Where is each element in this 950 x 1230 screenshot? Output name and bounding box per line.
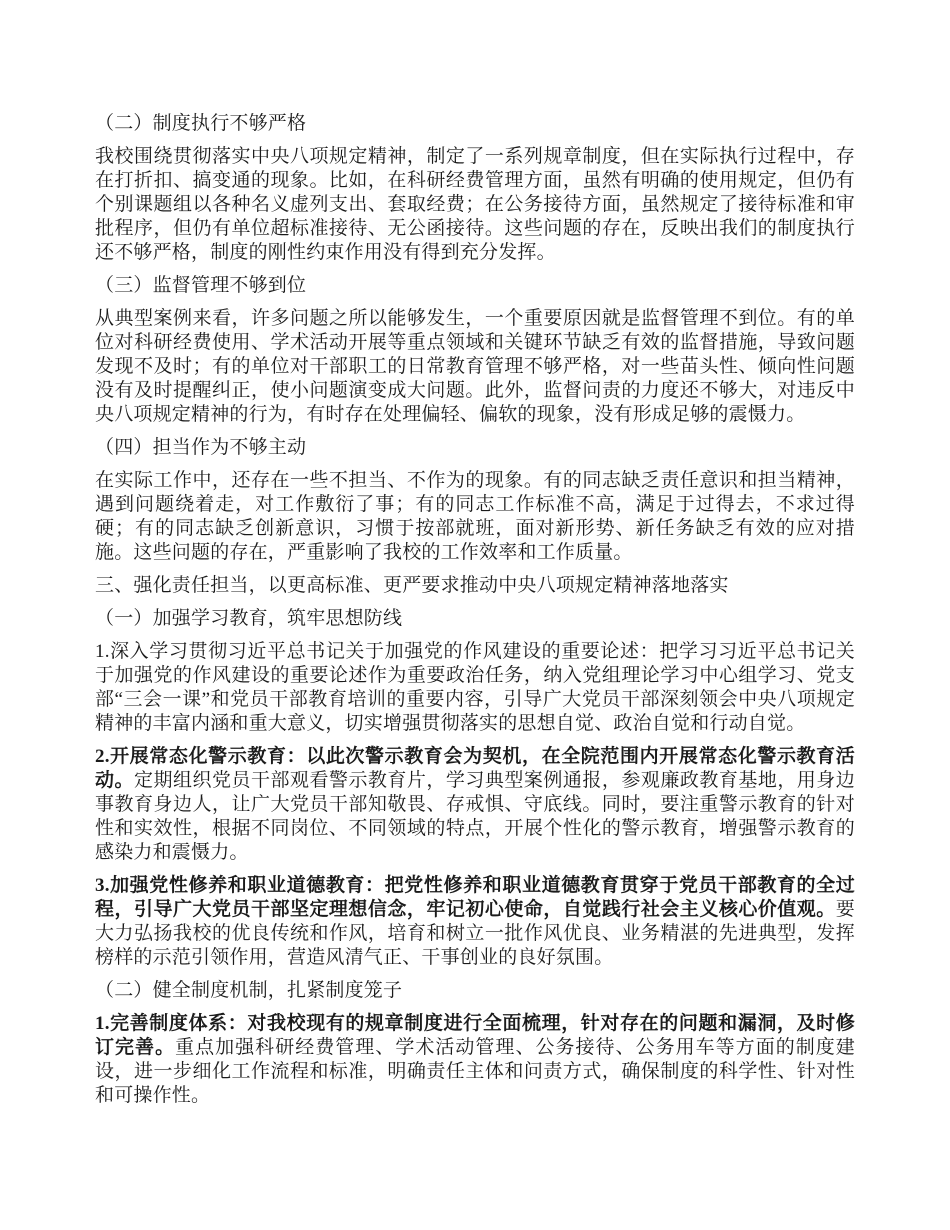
section-heading: （二）健全制度机制，扎紧制度笼子 bbox=[95, 979, 855, 1003]
document-page: （二）制度执行不够严格我校围绕贯彻落实中央八项规定精神，制定了一系列规章制度，但… bbox=[0, 0, 950, 1230]
paragraph: 从典型案例来看，许多问题之所以能够发生，一个重要原因就是监督管理不到位。有的单位… bbox=[95, 307, 855, 427]
section-heading: 三、强化责任担当，以更高标准、更严要求推动中央八项规定精神落地落实 bbox=[95, 574, 855, 598]
section-heading: （一）加强学习教育，筑牢思想防线 bbox=[95, 607, 855, 631]
section-heading: （三）监督管理不够到位 bbox=[95, 274, 855, 298]
document-content: （二）制度执行不够严格我校围绕贯彻落实中央八项规定精神，制定了一系列规章制度，但… bbox=[95, 112, 855, 1108]
paragraph: 2.开展常态化警示教育：以此次警示教育会为契机，在全院范围内开展常态化警示教育活… bbox=[95, 745, 855, 865]
paragraph-body-text: 重点加强科研经费管理、学术活动管理、公务接待、公务用车等方面的制度建设，进一步细… bbox=[95, 1037, 855, 1106]
paragraph-body-text: 定期组织党员干部观看警示教育片，学习典型案例通报，参观廉政教育基地，用身边事教育… bbox=[95, 770, 855, 863]
paragraph: 1.完善制度体系：对我校现有的规章制度进行全面梳理，针对存在的问题和漏洞，及时修… bbox=[95, 1012, 855, 1108]
paragraph: 1.深入学习贯彻习近平总书记关于加强党的作风建设的重要论述：把学习习近平总书记关… bbox=[95, 640, 855, 736]
section-heading: （四）担当作为不够主动 bbox=[95, 436, 855, 460]
section-heading: （二）制度执行不够严格 bbox=[95, 112, 855, 136]
paragraph: 3.加强党性修养和职业道德教育：把党性修养和职业道德教育贯穿于党员干部教育的全过… bbox=[95, 874, 855, 970]
paragraph: 在实际工作中，还存在一些不担当、不作为的现象。有的同志缺乏责任意识和担当精神，遇… bbox=[95, 469, 855, 565]
paragraph-lead-bold: 3.加强党性修养和职业道德教育：把党性修养和职业道德教育贯穿于党员干部教育的全过… bbox=[95, 875, 855, 920]
paragraph: 我校围绕贯彻落实中央八项规定精神，制定了一系列规章制度，但在实际执行过程中，存在… bbox=[95, 145, 855, 265]
